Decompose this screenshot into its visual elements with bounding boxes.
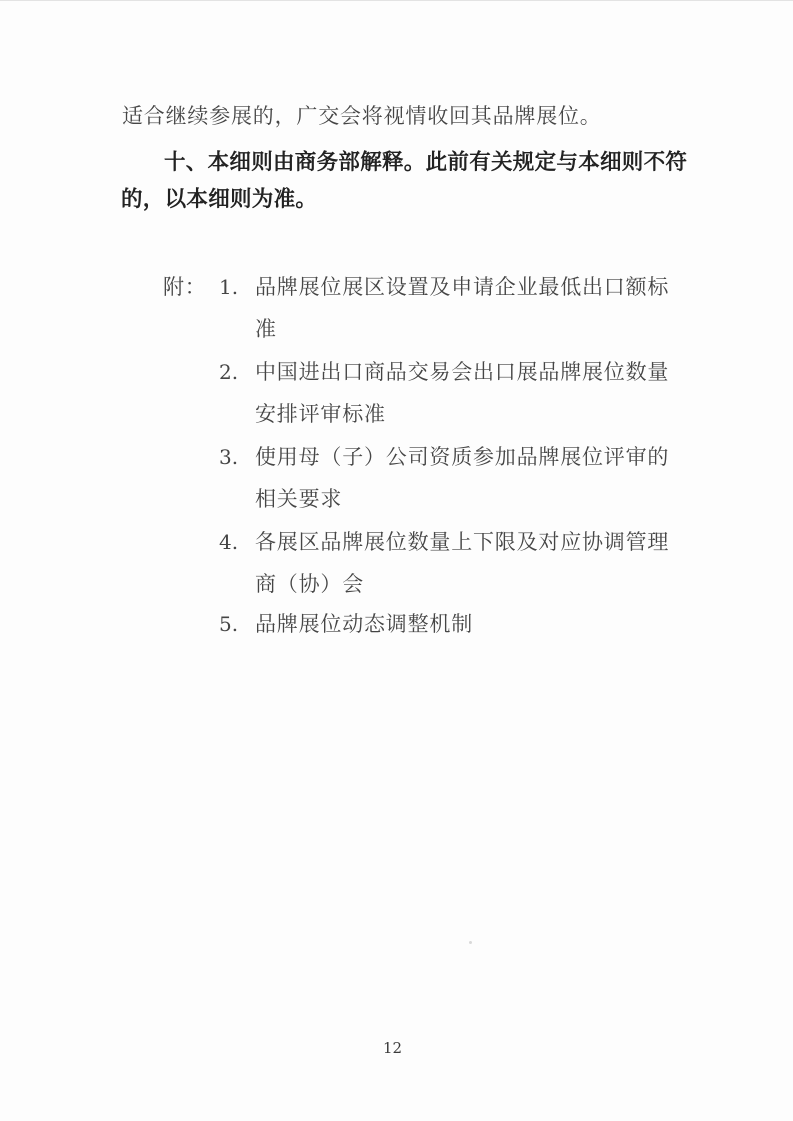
attachment-item-number: 3. xyxy=(219,445,238,470)
attachment-item-number: 4. xyxy=(219,530,238,555)
page-number: 12 xyxy=(0,1039,785,1057)
attachment-item-text: 中国进出口商品交易会出口展品牌展位数量 xyxy=(255,360,669,385)
attachment-item-text-wrap: 准 xyxy=(255,317,277,342)
scan-edge-top xyxy=(0,0,793,1)
attachment-item-text-wrap: 安排评审标准 xyxy=(255,402,386,427)
attachment-item-number: 1. xyxy=(219,275,238,300)
attachment-item-text: 品牌展位动态调整机制 xyxy=(255,612,473,637)
scan-artifact-speck xyxy=(469,941,472,944)
attachments-label: 附： xyxy=(163,275,207,300)
document-page: 适合继续参展的，广交会将视情收回其品牌展位。 十、本细则由商务部解释。此前有关规… xyxy=(0,0,793,1121)
attachment-item-text: 使用母（子）公司资质参加品牌展位评审的 xyxy=(255,445,669,470)
clause-ten-line-2: 的，以本细则为准。 xyxy=(121,187,317,212)
clause-ten-line-1: 十、本细则由商务部解释。此前有关规定与本细则不符 xyxy=(164,150,687,175)
attachment-item-number: 5. xyxy=(219,612,238,637)
attachment-item-text: 品牌展位展区设置及申请企业最低出口额标 xyxy=(255,275,669,300)
paragraph-continuation-line: 适合继续参展的，广交会将视情收回其品牌展位。 xyxy=(122,104,602,129)
attachment-item-text: 各展区品牌展位数量上下限及对应协调管理 xyxy=(255,530,669,555)
attachment-item-text-wrap: 商（协）会 xyxy=(255,572,364,597)
attachment-item-number: 2. xyxy=(219,360,238,385)
attachment-item-text-wrap: 相关要求 xyxy=(255,487,342,512)
